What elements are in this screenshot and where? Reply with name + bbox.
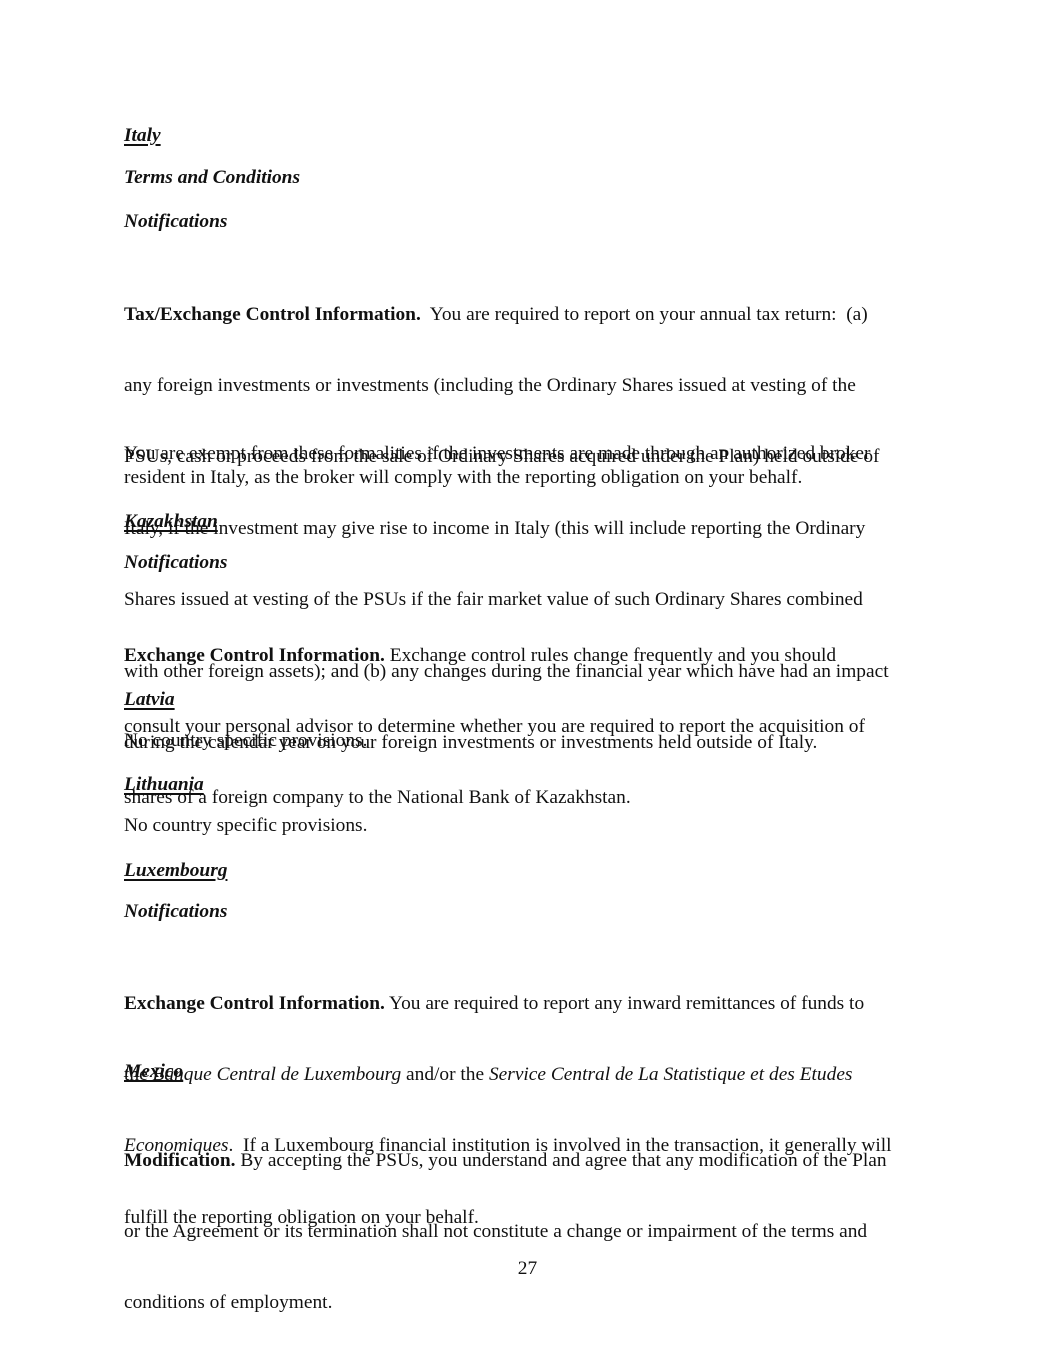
subheading-terms-and-conditions: Terms and Conditions — [124, 166, 954, 190]
section-heading-mexico: Mexico — [124, 1060, 954, 1084]
paragraph-latvia: No country specific provisions. — [124, 729, 954, 753]
country-heading: Latvia — [124, 689, 175, 710]
section-heading-lithuania: Lithuania — [124, 773, 954, 797]
country-heading: Italy — [124, 125, 161, 146]
paragraph-lead: Tax/Exchange Control Information. — [124, 304, 421, 325]
paragraph-lead: Modification. — [124, 1150, 236, 1171]
country-heading: Kazakhstan — [124, 511, 218, 532]
subheading-notifications-italy: Notifications — [124, 210, 954, 234]
page-number: 27 — [0, 1257, 1055, 1281]
country-heading: Mexico — [124, 1061, 183, 1082]
section-heading-luxembourg: Luxembourg — [124, 859, 954, 883]
document-page: Italy Terms and Conditions Notifications… — [0, 0, 1055, 1365]
subheading-notifications-kazakhstan: Notifications — [124, 551, 954, 575]
country-heading: Luxembourg — [124, 860, 227, 881]
paragraph-lithuania: No country specific provisions. — [124, 814, 954, 838]
subheading-notifications-luxembourg: Notifications — [124, 900, 954, 924]
paragraph-italy-exempt: You are exempt from these formalities if… — [124, 442, 954, 490]
section-heading-kazakhstan: Kazakhstan — [124, 510, 954, 534]
paragraph-lead: Exchange Control Information. — [124, 993, 385, 1014]
section-heading-italy: Italy — [124, 124, 954, 148]
country-heading: Lithuania — [124, 774, 204, 795]
section-heading-latvia: Latvia — [124, 688, 954, 712]
paragraph-lead: Exchange Control Information. — [124, 645, 385, 666]
paragraph-mexico-modification: Modification. By accepting the PSUs, you… — [124, 1101, 954, 1363]
